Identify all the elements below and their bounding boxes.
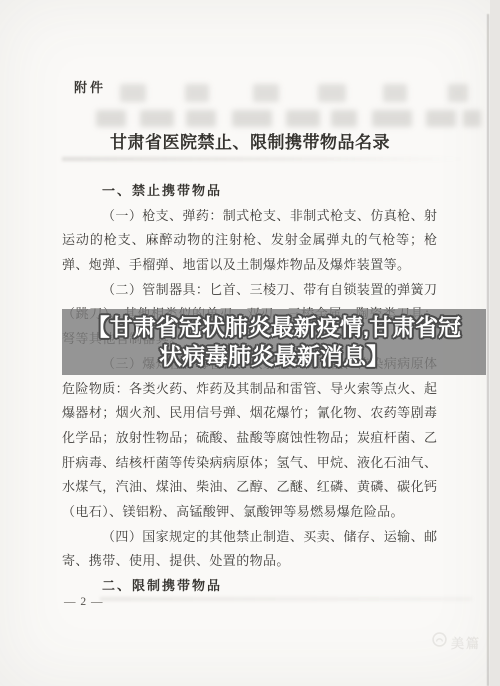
doc-line: 运动的枪支、麻醉动物的注射枪、发射金属弹丸的气枪等；枪 — [62, 228, 437, 253]
scan-shadow-under-title — [62, 157, 464, 161]
paper-edge-shadow — [490, 0, 500, 686]
heading-prohibited-items: 一、禁止携带物品 — [62, 179, 437, 204]
caption-line-2: 状病毒肺炎最新消息】 — [48, 342, 500, 371]
document-body: 一、禁止携带物品 （一）枪支、弹药：制式枪支、非制式枪支、仿真枪、射击 运动的枪… — [62, 179, 437, 599]
caption-line-1: 【甘肃省冠状肺炎最新疫情,甘肃省冠 — [48, 313, 500, 342]
scanned-document-page: 附件 甘肃省医院禁止、限制携带物品名录 一、禁止携带物品 （一）枪支、弹药：制式… — [0, 0, 500, 686]
page-number: — 2 — — [64, 596, 104, 608]
caption-text: 【甘肃省冠状肺炎最新疫情,甘肃省冠 状病毒肺炎最新消息】 — [48, 313, 500, 370]
doc-line: （二）管制器具：匕首、三棱刀、带有自锁装置的弹簧刀 — [62, 278, 437, 303]
document-title: 甘肃省医院禁止、限制携带物品名录 — [62, 128, 438, 153]
doc-line: 寄、携带、使用、提供、处置的物品。 — [62, 549, 437, 574]
doc-line: （电石）、镁铝粉、高锰酸钾、氯酸钾等易燃易爆危险品。 — [62, 500, 437, 525]
paper-edge-line — [487, 14, 489, 686]
doc-line: 弹、炮弹、手榴弹、地雷以及土制爆炸物品及爆炸装置等。 — [62, 253, 437, 278]
heading-restricted-items: 二、限制携带物品 — [62, 574, 437, 599]
caption-overlay-band: 【甘肃省冠状肺炎最新疫情,甘肃省冠 状病毒肺炎最新消息】 — [62, 309, 486, 375]
meipian-circle-logo-icon — [432, 632, 447, 652]
attachment-label: 附件 — [74, 77, 106, 96]
watermark-label: 美篇 — [451, 633, 481, 652]
doc-line: （一）枪支、弹药：制式枪支、非制式枪支、仿真枪、射击 — [62, 204, 437, 229]
watermark: 美篇 — [432, 632, 481, 652]
doc-line: （四）国家规定的其他禁止制造、买卖、储存、运输、邮 — [62, 525, 437, 550]
doc-line: 肝病毒、结核杆菌等传染病病原体；氢气、甲烷、液化石油气、 — [62, 451, 437, 476]
doc-line: 水煤气，汽油、煤油、柴油、乙醇、乙醚、红磷、黄磷、碳化钙 — [62, 475, 437, 500]
doc-line: 爆器材；烟火剂、民用信号弹、烟花爆竹；氰化物、农药等剧毒 — [62, 401, 437, 426]
doc-line: 危险物质：各类火药、炸药及其制品和雷管、导火索等点火、起 — [62, 377, 437, 402]
doc-line: 化学品；放射性物品；硫酸、盐酸等腐蚀性物品；炭疽杆菌、乙 — [62, 426, 437, 451]
